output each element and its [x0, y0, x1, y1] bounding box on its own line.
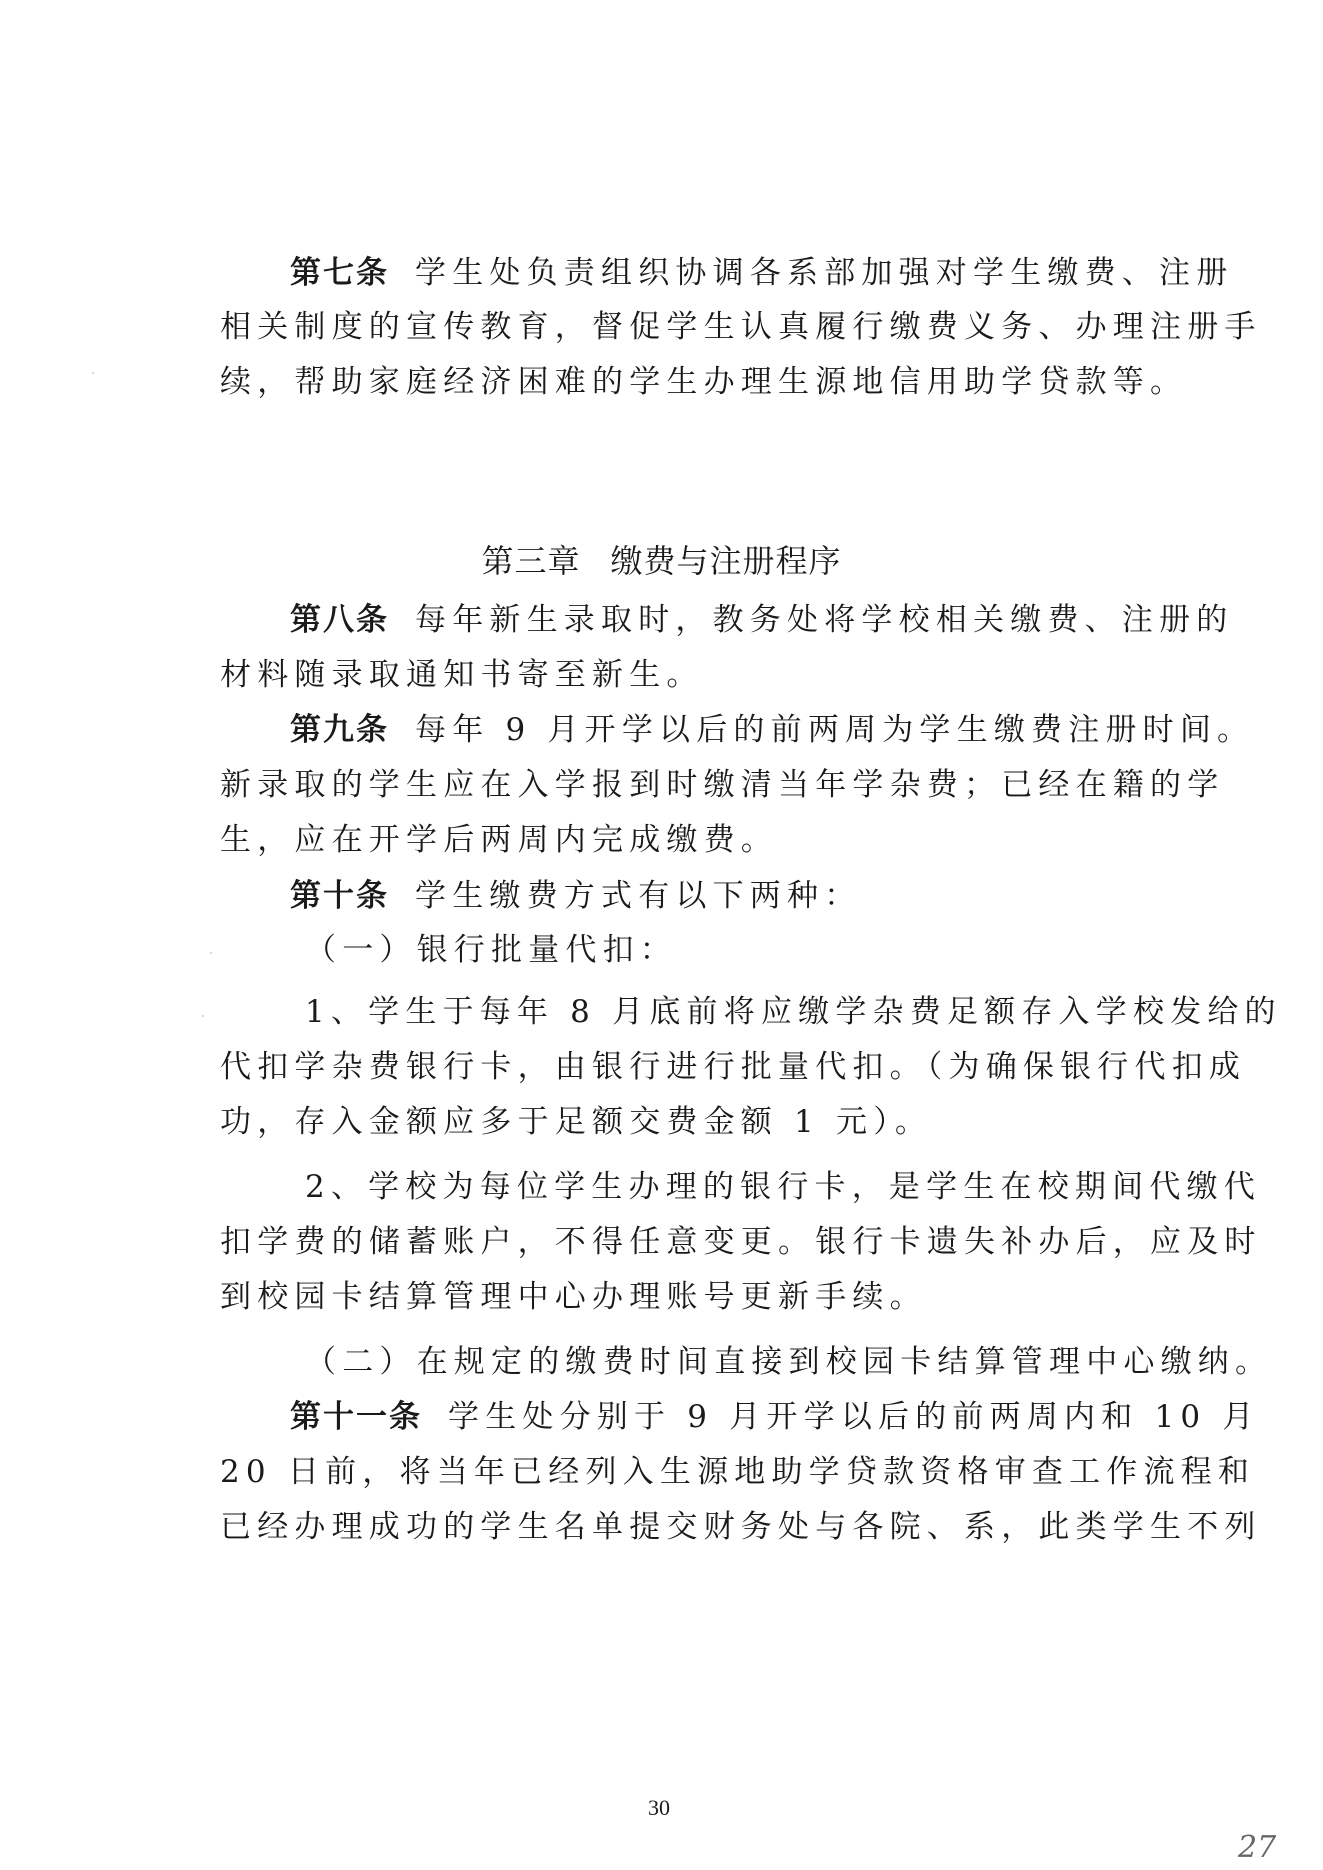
article-7-line-1: 第七条学生处负责组织协调各系部加强对学生缴费、注册	[290, 253, 1140, 293]
method-1-label: （一）银行批量代扣：	[305, 930, 1140, 970]
article-7-line-2: 相关制度的宣传教育，督促学生认真履行缴费义务、办理注册手	[220, 307, 1140, 347]
article-9-line-3: 生，应在开学后两周内完成缴费。	[220, 820, 1140, 860]
article-11-heading: 第十一条	[290, 1399, 422, 1435]
scan-speck	[92, 372, 94, 374]
method-1-item-2-line-3: 到校园卡结算管理中心办理账号更新手续。	[220, 1277, 1140, 1317]
article-11-line-1: 第十一条学生处分别于 9 月开学以后的前两周内和 10 月	[290, 1397, 1140, 1437]
article-9-line-1: 第九条每年 9 月开学以后的前两周为学生缴费注册时间。	[290, 710, 1140, 750]
scan-speck	[202, 1015, 204, 1017]
method-1-item-2-line-1: 2、学校为每位学生办理的银行卡，是学生在校期间代缴代	[305, 1167, 1140, 1207]
article-10-line-1: 第十条学生缴费方式有以下两种：	[290, 876, 1140, 916]
article-8-heading: 第八条	[290, 602, 389, 638]
article-8-line-1: 第八条每年新生录取时，教务处将学校相关缴费、注册的	[290, 600, 1140, 640]
article-9-line-2: 新录取的学生应在入学报到时缴清当年学杂费；已经在籍的学	[220, 765, 1140, 805]
article-7-heading: 第七条	[290, 255, 389, 291]
method-2-line: （二）在规定的缴费时间直接到校园卡结算管理中心缴纳。	[305, 1342, 1140, 1382]
chapter-number: 第三章	[481, 542, 580, 580]
method-1-item-1-line-3: 功，存入金额应多于足额交费金额 1 元）。	[220, 1102, 1140, 1142]
document-page: 第七条学生处负责组织协调各系部加强对学生缴费、注册 相关制度的宣传教育，督促学生…	[0, 0, 1323, 1870]
article-10-heading: 第十条	[290, 878, 389, 914]
method-1-item-1-line-2: 代扣学杂费银行卡，由银行进行批量代扣。（为确保银行代扣成	[220, 1047, 1140, 1087]
article-11-line-2: 20 日前，将当年已经列入生源地助学贷款资格审查工作流程和	[220, 1452, 1140, 1492]
article-11-line-3: 已经办理成功的学生名单提交财务处与各院、系，此类学生不列	[220, 1507, 1140, 1547]
article-7-line-3: 续，帮助家庭经济困难的学生办理生源地信用助学贷款等。	[220, 362, 1140, 402]
method-1-item-1-line-1: 1、学生于每年 8 月底前将应缴学杂费足额存入学校发给的	[305, 992, 1140, 1032]
article-8-line-2: 材料随录取通知书寄至新生。	[220, 655, 1140, 695]
article-9-heading: 第九条	[290, 712, 389, 748]
chapter-title: 缴费与注册程序	[611, 542, 842, 580]
method-1-item-2-line-2: 扣学费的储蓄账户，不得任意变更。银行卡遗失补办后，应及时	[220, 1222, 1140, 1262]
handwritten-page-mark: 27	[1238, 1830, 1276, 1865]
scan-speck	[210, 952, 212, 954]
chapter-heading: 第三章缴费与注册程序	[0, 541, 1323, 581]
page-number: 30	[648, 1795, 670, 1821]
